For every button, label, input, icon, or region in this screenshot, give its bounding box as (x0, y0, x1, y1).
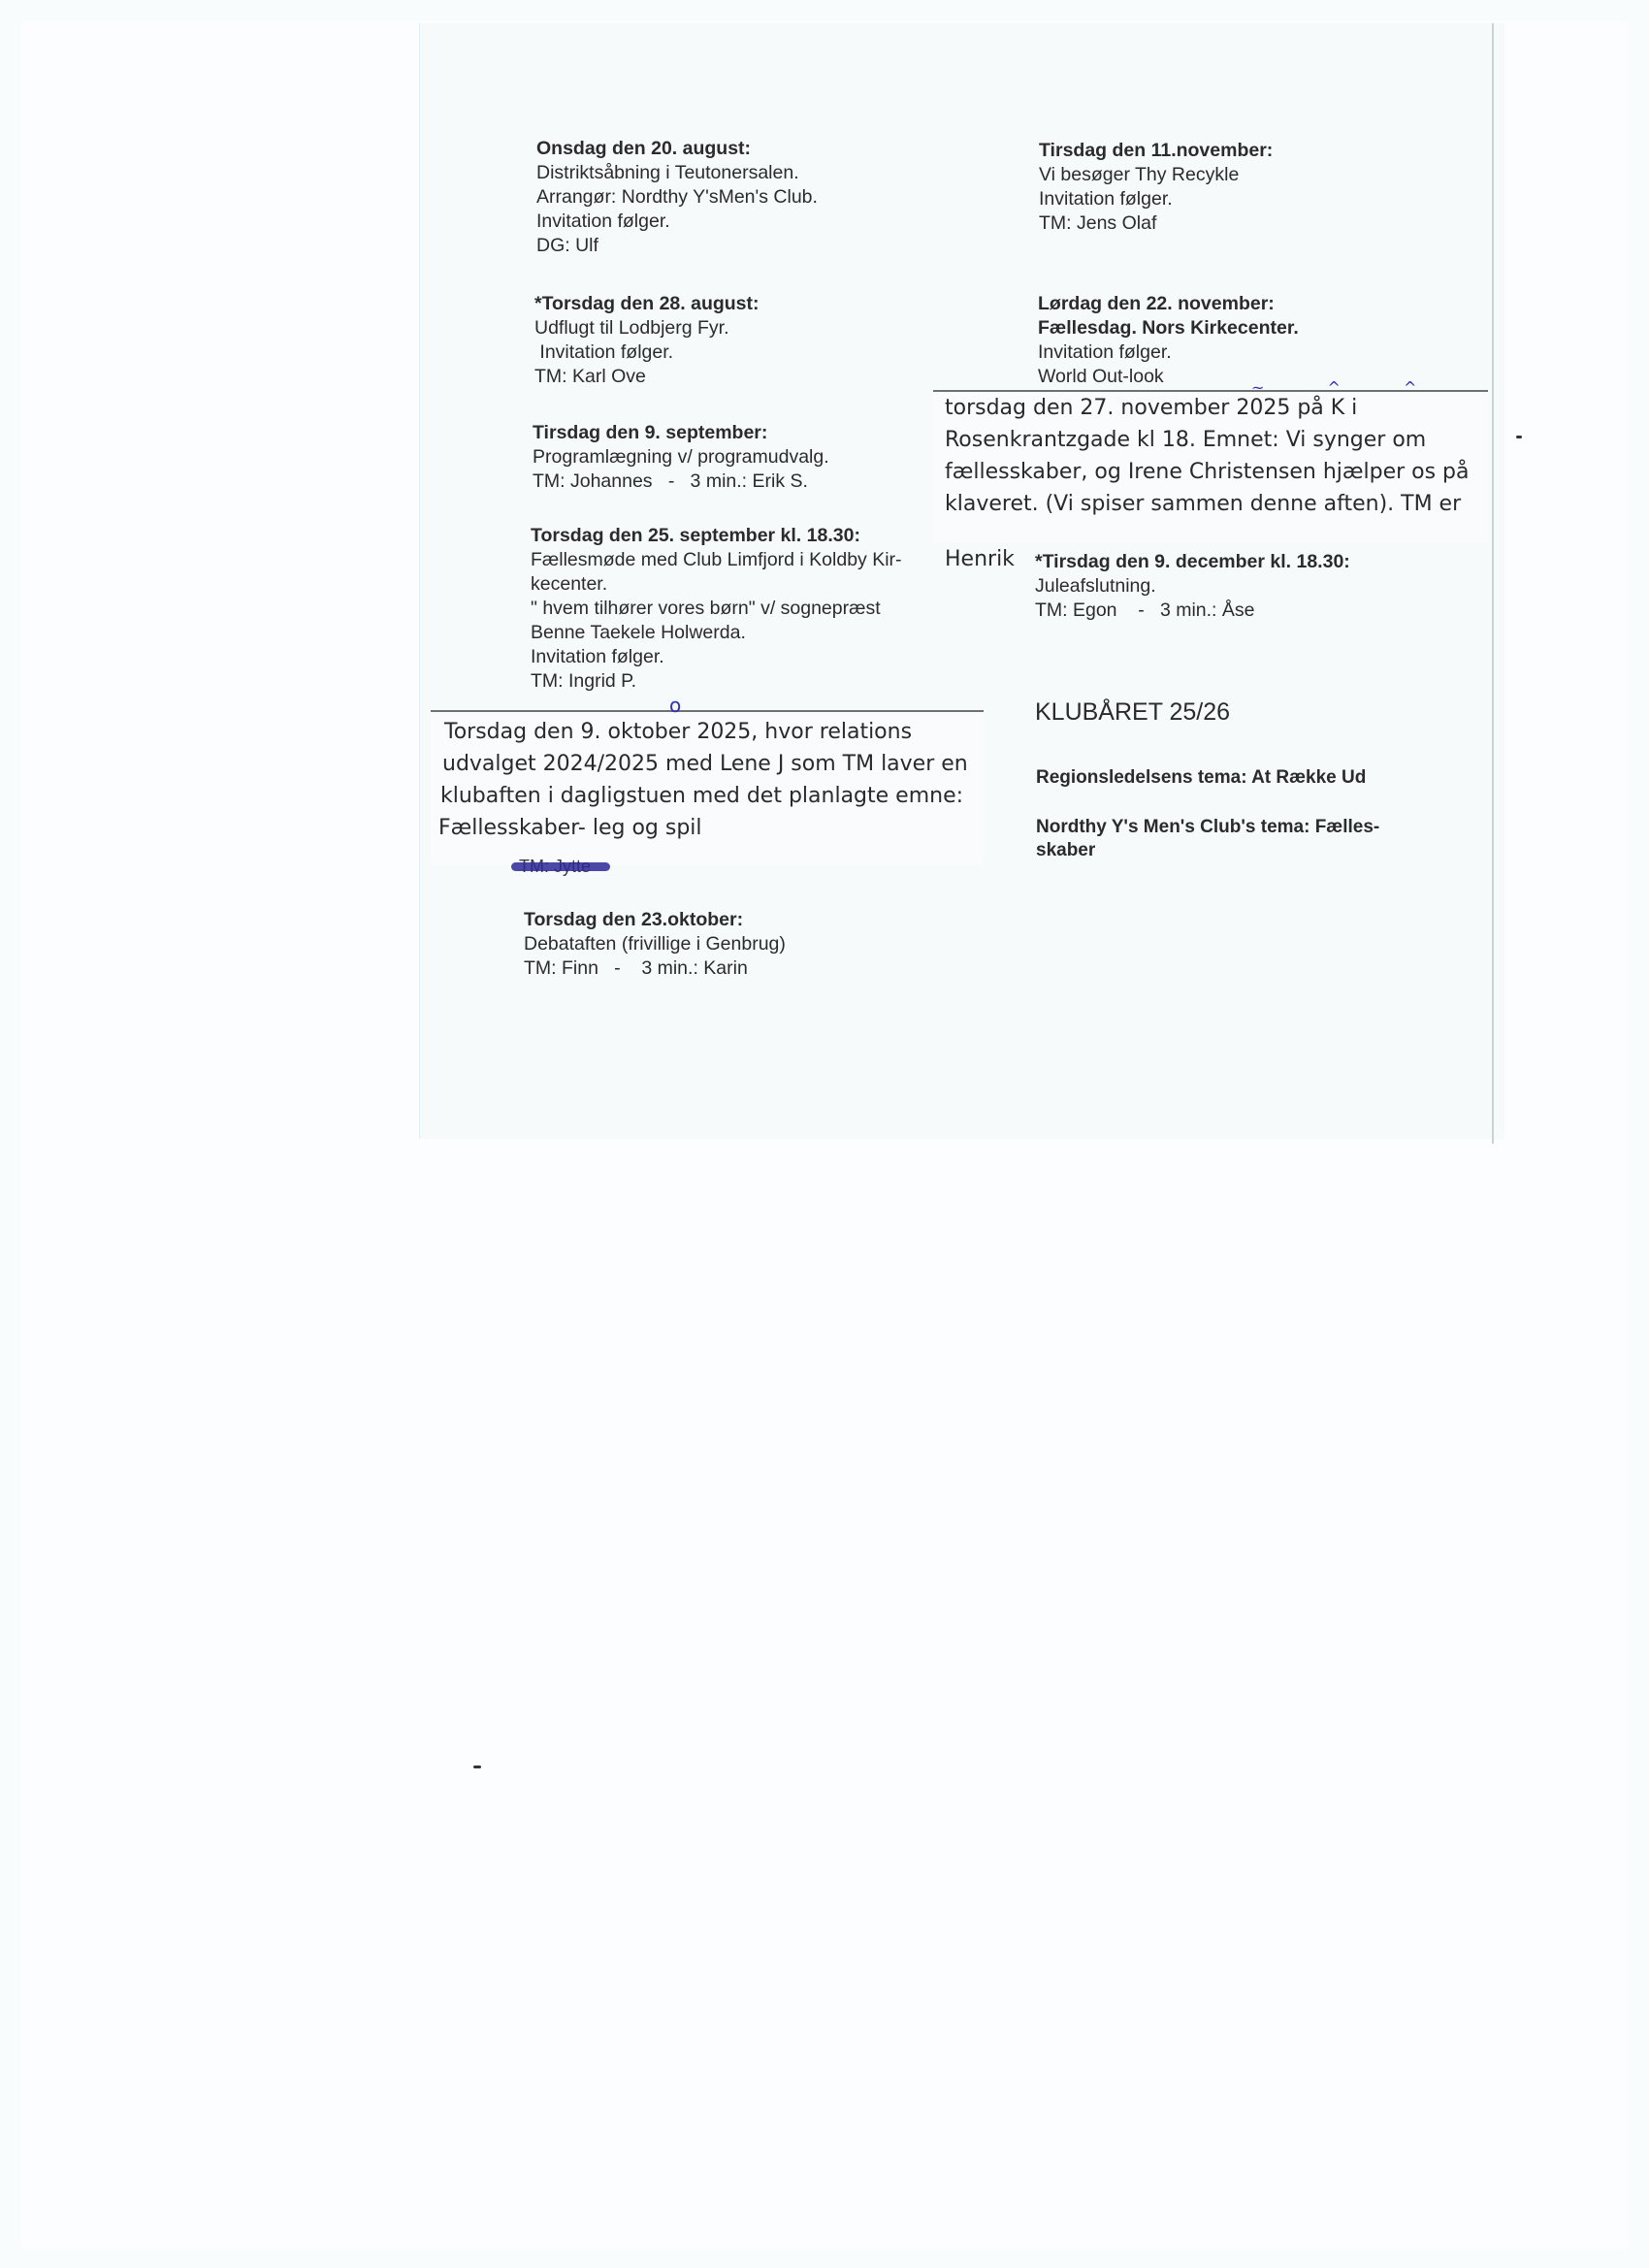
struck-out-text: TM: Jytte (519, 857, 591, 877)
event-line: TM: Jens Olaf (1039, 211, 1273, 236)
event-heading: Torsdag den 23.oktober: (524, 908, 786, 932)
event-bold-line: Fællesdag. Nors Kirkecenter. (1038, 316, 1299, 340)
event-line: Invitation følger. (1039, 187, 1273, 211)
event-line: Invitation følger. (531, 645, 902, 669)
event-sep-25: Torsdag den 25. september kl. 18.30: Fæl… (531, 524, 902, 694)
scan-speck (473, 1766, 481, 1768)
event-line: Debataften (frivillige i Genbrug) (524, 932, 786, 956)
page-edge (1492, 23, 1494, 1144)
event-heading: Onsdag den 20. august: (536, 137, 818, 161)
event-heading: Tirsdag den 9. september: (533, 421, 829, 445)
scan-speck (1516, 436, 1522, 438)
event-heading: Torsdag den 25. september kl. 18.30: (531, 524, 902, 548)
event-aug-28: *Torsdag den 28. august: Udflugt til Lod… (534, 292, 760, 389)
event-line: TM: Johannes - 3 min.: Erik S. (533, 470, 829, 494)
event-line: DG: Ulf (536, 234, 818, 258)
pasted-note-october: Torsdag den 9. oktober 2025, hvor relati… (431, 710, 984, 865)
club-year-title: KLUBÅRET 25/26 (1035, 698, 1230, 727)
pasted-note-november-tail: Henrik (933, 543, 1030, 572)
note-line: fællesskaber, og Irene Christensen hjælp… (933, 456, 1488, 488)
divider-line (431, 710, 984, 712)
pen-scribble-icon: o (669, 694, 681, 717)
note-line: Fællesskaber- leg og spil (431, 812, 984, 844)
event-line: TM: Finn - 3 min.: Karin (524, 956, 786, 981)
pasted-note-november: torsdag den 27. november 2025 på K i Ros… (933, 390, 1488, 543)
event-line: TM: Egon - 3 min.: Åse (1035, 599, 1350, 623)
event-line: Udflugt til Lodbjerg Fyr. (534, 316, 760, 340)
event-line: Invitation følger. (536, 210, 818, 234)
event-sep-9: Tirsdag den 9. september: Programlægning… (533, 421, 829, 494)
event-line: Distriktsåbning i Teutonersalen. (536, 161, 818, 185)
event-line: Benne Taekele Holwerda. (531, 621, 902, 645)
event-line: Invitation følger. (534, 340, 760, 365)
club-theme: Nordthy Y's Men's Club's tema: Fælles-sk… (1036, 816, 1424, 862)
region-theme: Regionsledelsens tema: At Række Ud (1036, 766, 1443, 790)
event-line: kecenter. (531, 572, 902, 597)
event-line: Vi besøger Thy Recykle (1039, 163, 1273, 187)
event-oct-23: Torsdag den 23.oktober: Debataften (friv… (524, 908, 786, 981)
event-dec-9: *Tirsdag den 9. december kl. 18.30: Jule… (1035, 550, 1350, 623)
note-line: Torsdag den 9. oktober 2025, hvor relati… (431, 710, 984, 748)
event-nov-22: Lørdag den 22. november: Fællesdag. Nors… (1038, 292, 1299, 389)
note-line: Rosenkrantzgade kl 18. Emnet: Vi synger … (933, 424, 1488, 456)
event-line: " hvem tilhører vores børn" v/ sognepræs… (531, 597, 902, 621)
event-aug-20: Onsdag den 20. august: Distriktsåbning i… (536, 137, 818, 258)
event-line: Programlægning v/ programudvalg. (533, 445, 829, 470)
pen-scribble-icon: ~ ^ ^ (1251, 378, 1445, 397)
event-line: TM: Karl Ove (534, 365, 760, 389)
note-line: klaveret. (Vi spiser sammen denne aften)… (933, 488, 1488, 520)
event-line: Invitation følger. (1038, 340, 1299, 365)
event-line: Fællesmøde med Club Limfjord i Koldby Ki… (531, 548, 902, 572)
event-line: Arrangør: Nordthy Y'sMen's Club. (536, 185, 818, 210)
event-heading: *Tirsdag den 9. december kl. 18.30: (1035, 550, 1350, 574)
note-line: klubaften i dagligstuen med det planlagt… (431, 780, 984, 812)
note-line: udvalget 2024/2025 med Lene J som TM lav… (431, 748, 984, 780)
event-heading: Lørdag den 22. november: (1038, 292, 1299, 316)
event-heading: *Torsdag den 28. august: (534, 292, 760, 316)
event-line: Juleafslutning. (1035, 574, 1350, 599)
event-line: TM: Ingrid P. (531, 669, 902, 694)
event-heading: Tirsdag den 11.november: (1039, 139, 1273, 163)
note-line: Henrik (933, 543, 1030, 575)
event-nov-11: Tirsdag den 11.november: Vi besøger Thy … (1039, 139, 1273, 236)
